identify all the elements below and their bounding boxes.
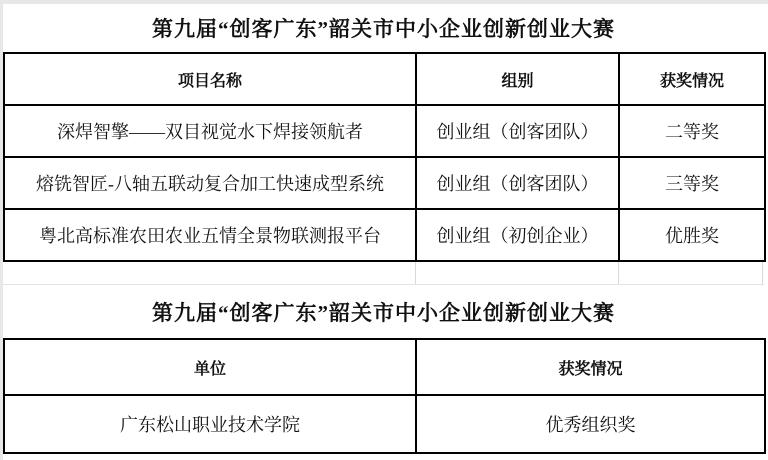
table-row: 深焊智擎——双目视觉水下焊接领航者 创业组（创客团队） 二等奖 [4, 105, 765, 157]
table1-header-row: 项目名称 组别 获奖情况 [4, 53, 765, 105]
gridline [762, 262, 763, 284]
document-page: 第九届“创客广东”韶关市中小企业创新创业大赛 项目名称 组别 获奖情况 深焊智擎… [0, 0, 768, 460]
group-cell: 创业组（创客团队） [416, 105, 619, 157]
project-name-cell: 粤北高标准农田农业五情全景物联测报平台 [4, 209, 416, 261]
column-header-award: 获奖情况 [416, 339, 765, 395]
award-cell: 二等奖 [619, 105, 765, 157]
table-row: 熔铣智匠-八轴五联动复合加工快速成型系统 创业组（创客团队） 三等奖 [4, 157, 765, 209]
award-cell: 优胜奖 [619, 209, 765, 261]
organization-award-table: 单位 获奖情况 广东松山职业技术学院 优秀组织奖 [3, 338, 766, 454]
column-header-unit: 单位 [4, 339, 416, 395]
unit-cell: 广东松山职业技术学院 [4, 395, 416, 453]
gridline [618, 262, 619, 284]
project-awards-table: 项目名称 组别 获奖情况 深焊智擎——双目视觉水下焊接领航者 创业组（创客团队）… [3, 52, 766, 262]
spreadsheet-gap-row [3, 262, 764, 285]
group-cell: 创业组（初创企业） [416, 209, 619, 261]
award-cell: 优秀组织奖 [416, 395, 765, 453]
group-cell: 创业组（创客团队） [416, 157, 619, 209]
column-header-award: 获奖情况 [619, 53, 765, 105]
table-row: 广东松山职业技术学院 优秀组织奖 [4, 395, 765, 453]
project-name-cell: 深焊智擎——双目视觉水下焊接领航者 [4, 105, 416, 157]
competition-title-2: 第九届“创客广东”韶关市中小企业创新创业大赛 [3, 285, 764, 338]
award-cell: 三等奖 [619, 157, 765, 209]
project-name-cell: 熔铣智匠-八轴五联动复合加工快速成型系统 [4, 157, 416, 209]
column-header-group: 组别 [416, 53, 619, 105]
column-header-project-name: 项目名称 [4, 53, 416, 105]
gridline [415, 262, 416, 284]
table2-header-row: 单位 获奖情况 [4, 339, 765, 395]
competition-title-1: 第九届“创客广东”韶关市中小企业创新创业大赛 [3, 4, 764, 52]
table-row: 粤北高标准农田农业五情全景物联测报平台 创业组（初创企业） 优胜奖 [4, 209, 765, 261]
document-content: 第九届“创客广东”韶关市中小企业创新创业大赛 项目名称 组别 获奖情况 深焊智擎… [3, 4, 764, 454]
